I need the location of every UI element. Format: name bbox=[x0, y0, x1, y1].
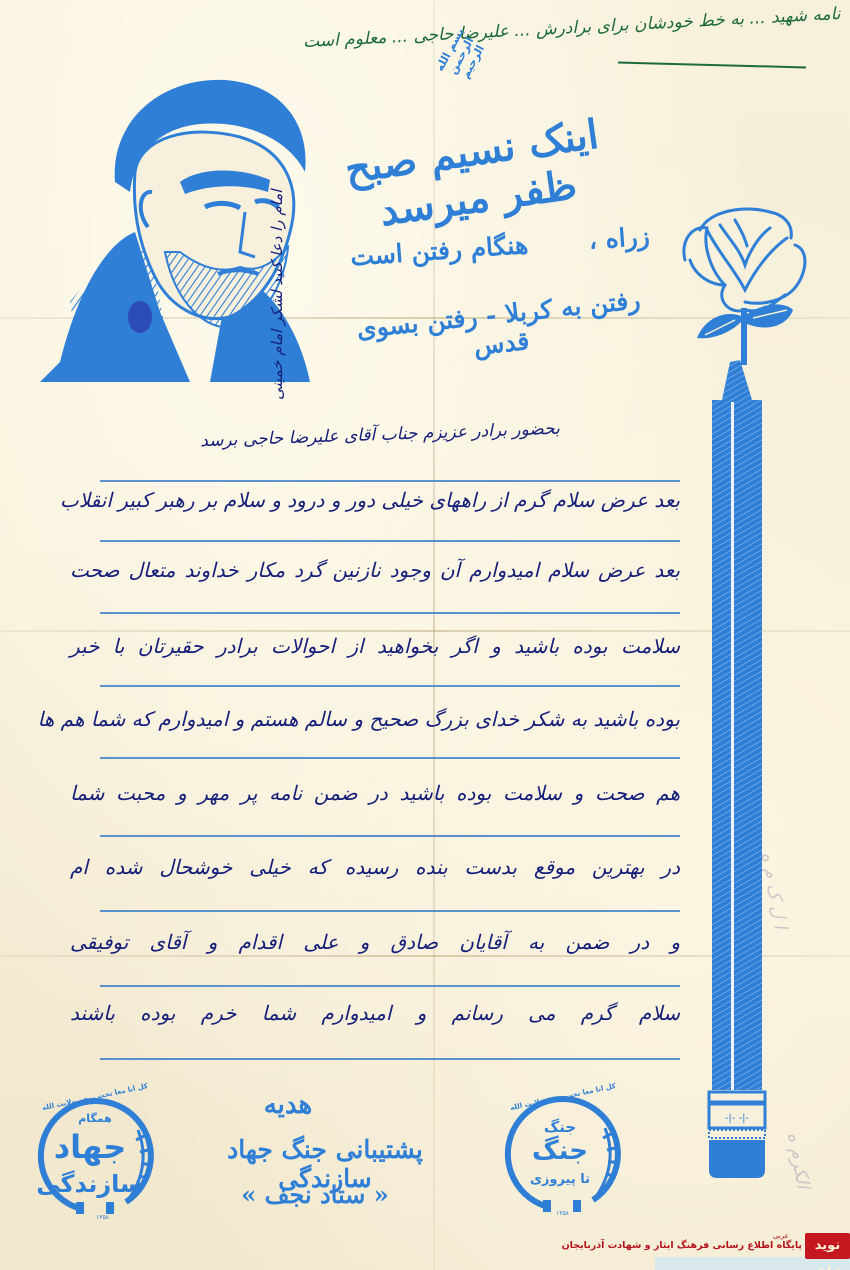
jihad-logo-main-1: جهاد bbox=[35, 1128, 145, 1166]
underline-stroke bbox=[618, 62, 806, 69]
letter-line: در بهترین موقع بدست بنده رسیده که خیلی خ… bbox=[70, 857, 680, 877]
letter-line: بعد عرض سلام امیدوارم آن وجود نازنین گرد… bbox=[70, 560, 680, 580]
war-logo-year: ۱۳۵۸ bbox=[556, 1210, 569, 1217]
letter-line: سلامت بوده باشید و اگر بخواهید از احوالا… bbox=[70, 636, 680, 656]
jihad-logo-year: ۱۳۵۸ bbox=[96, 1214, 109, 1221]
pencil-show-through: الکرم ه bbox=[783, 1131, 814, 1190]
pencil-icon: -|- -|- bbox=[700, 360, 775, 1180]
war-logo-line-3: تا پیروزی bbox=[520, 1172, 600, 1187]
ruled-line bbox=[100, 612, 680, 614]
war-logo-line-2: جنگ bbox=[515, 1136, 605, 1166]
ruled-line bbox=[100, 835, 680, 837]
ruled-line bbox=[100, 757, 680, 759]
letter-line: و در ضمن به آقایان صادق و علی اقدام و آق… bbox=[70, 932, 680, 952]
ruled-line bbox=[100, 540, 680, 542]
scanned-letter: ج ح ح ح ح ا ل ک م ه الکرم ه نامه شهید ..… bbox=[0, 0, 850, 1270]
subline-1-left: زراه ، bbox=[588, 222, 651, 255]
watermark-sub: غربی bbox=[773, 1232, 788, 1240]
ruled-line bbox=[100, 480, 680, 482]
letter-line: بوده باشید به شکر خدای بزرگ صحیح و سالم … bbox=[70, 709, 680, 729]
jihad-logo-top: همگام bbox=[55, 1112, 135, 1125]
jihad-logo-main-2: سازندگی bbox=[35, 1170, 145, 1198]
letter-line: سلام گرم می رسانم و امیدوارم شما خرم بود… bbox=[70, 1003, 680, 1023]
portrait-caption: امام را دعا کنید لشکر امام خمینی bbox=[268, 180, 308, 400]
rose-icon bbox=[675, 190, 810, 365]
ruled-line bbox=[100, 910, 680, 912]
svg-text:-|- -|-: -|- -|- bbox=[725, 1113, 750, 1124]
poster-subline-2: رفتن به کربلا - رفتن بسوی قدس bbox=[348, 284, 652, 373]
letter-salutation: بحضور برادر عزیزم جناب آقای علیرضا حاجی … bbox=[170, 418, 590, 453]
war-logo-line-1: جنگ bbox=[520, 1118, 600, 1136]
watermark-brand-logo: نوید شاهد bbox=[805, 1233, 850, 1259]
letter-line: هم صحت و سلامت بوده باشید در ضمن نامه پر… bbox=[70, 783, 680, 803]
ruled-line bbox=[100, 985, 680, 987]
ruled-line bbox=[100, 1058, 680, 1060]
watermark-text: پایگاه اطلاع رسانی فرهنگ ایثار و شهادت آ… bbox=[657, 1240, 802, 1251]
letter-line: بعد عرض سلام گرم از راههای خیلی دور و در… bbox=[70, 490, 680, 510]
gift-label: هدیه bbox=[258, 1090, 318, 1120]
archive-note: نامه شهید ... به خط خودشان برای برادرش .… bbox=[471, 4, 842, 43]
ruled-line bbox=[100, 685, 680, 687]
site-watermark: غربی پایگاه اطلاع رسانی فرهنگ ایثار و شه… bbox=[655, 1232, 850, 1270]
hq-name: « ستاد نجف » bbox=[235, 1180, 395, 1209]
